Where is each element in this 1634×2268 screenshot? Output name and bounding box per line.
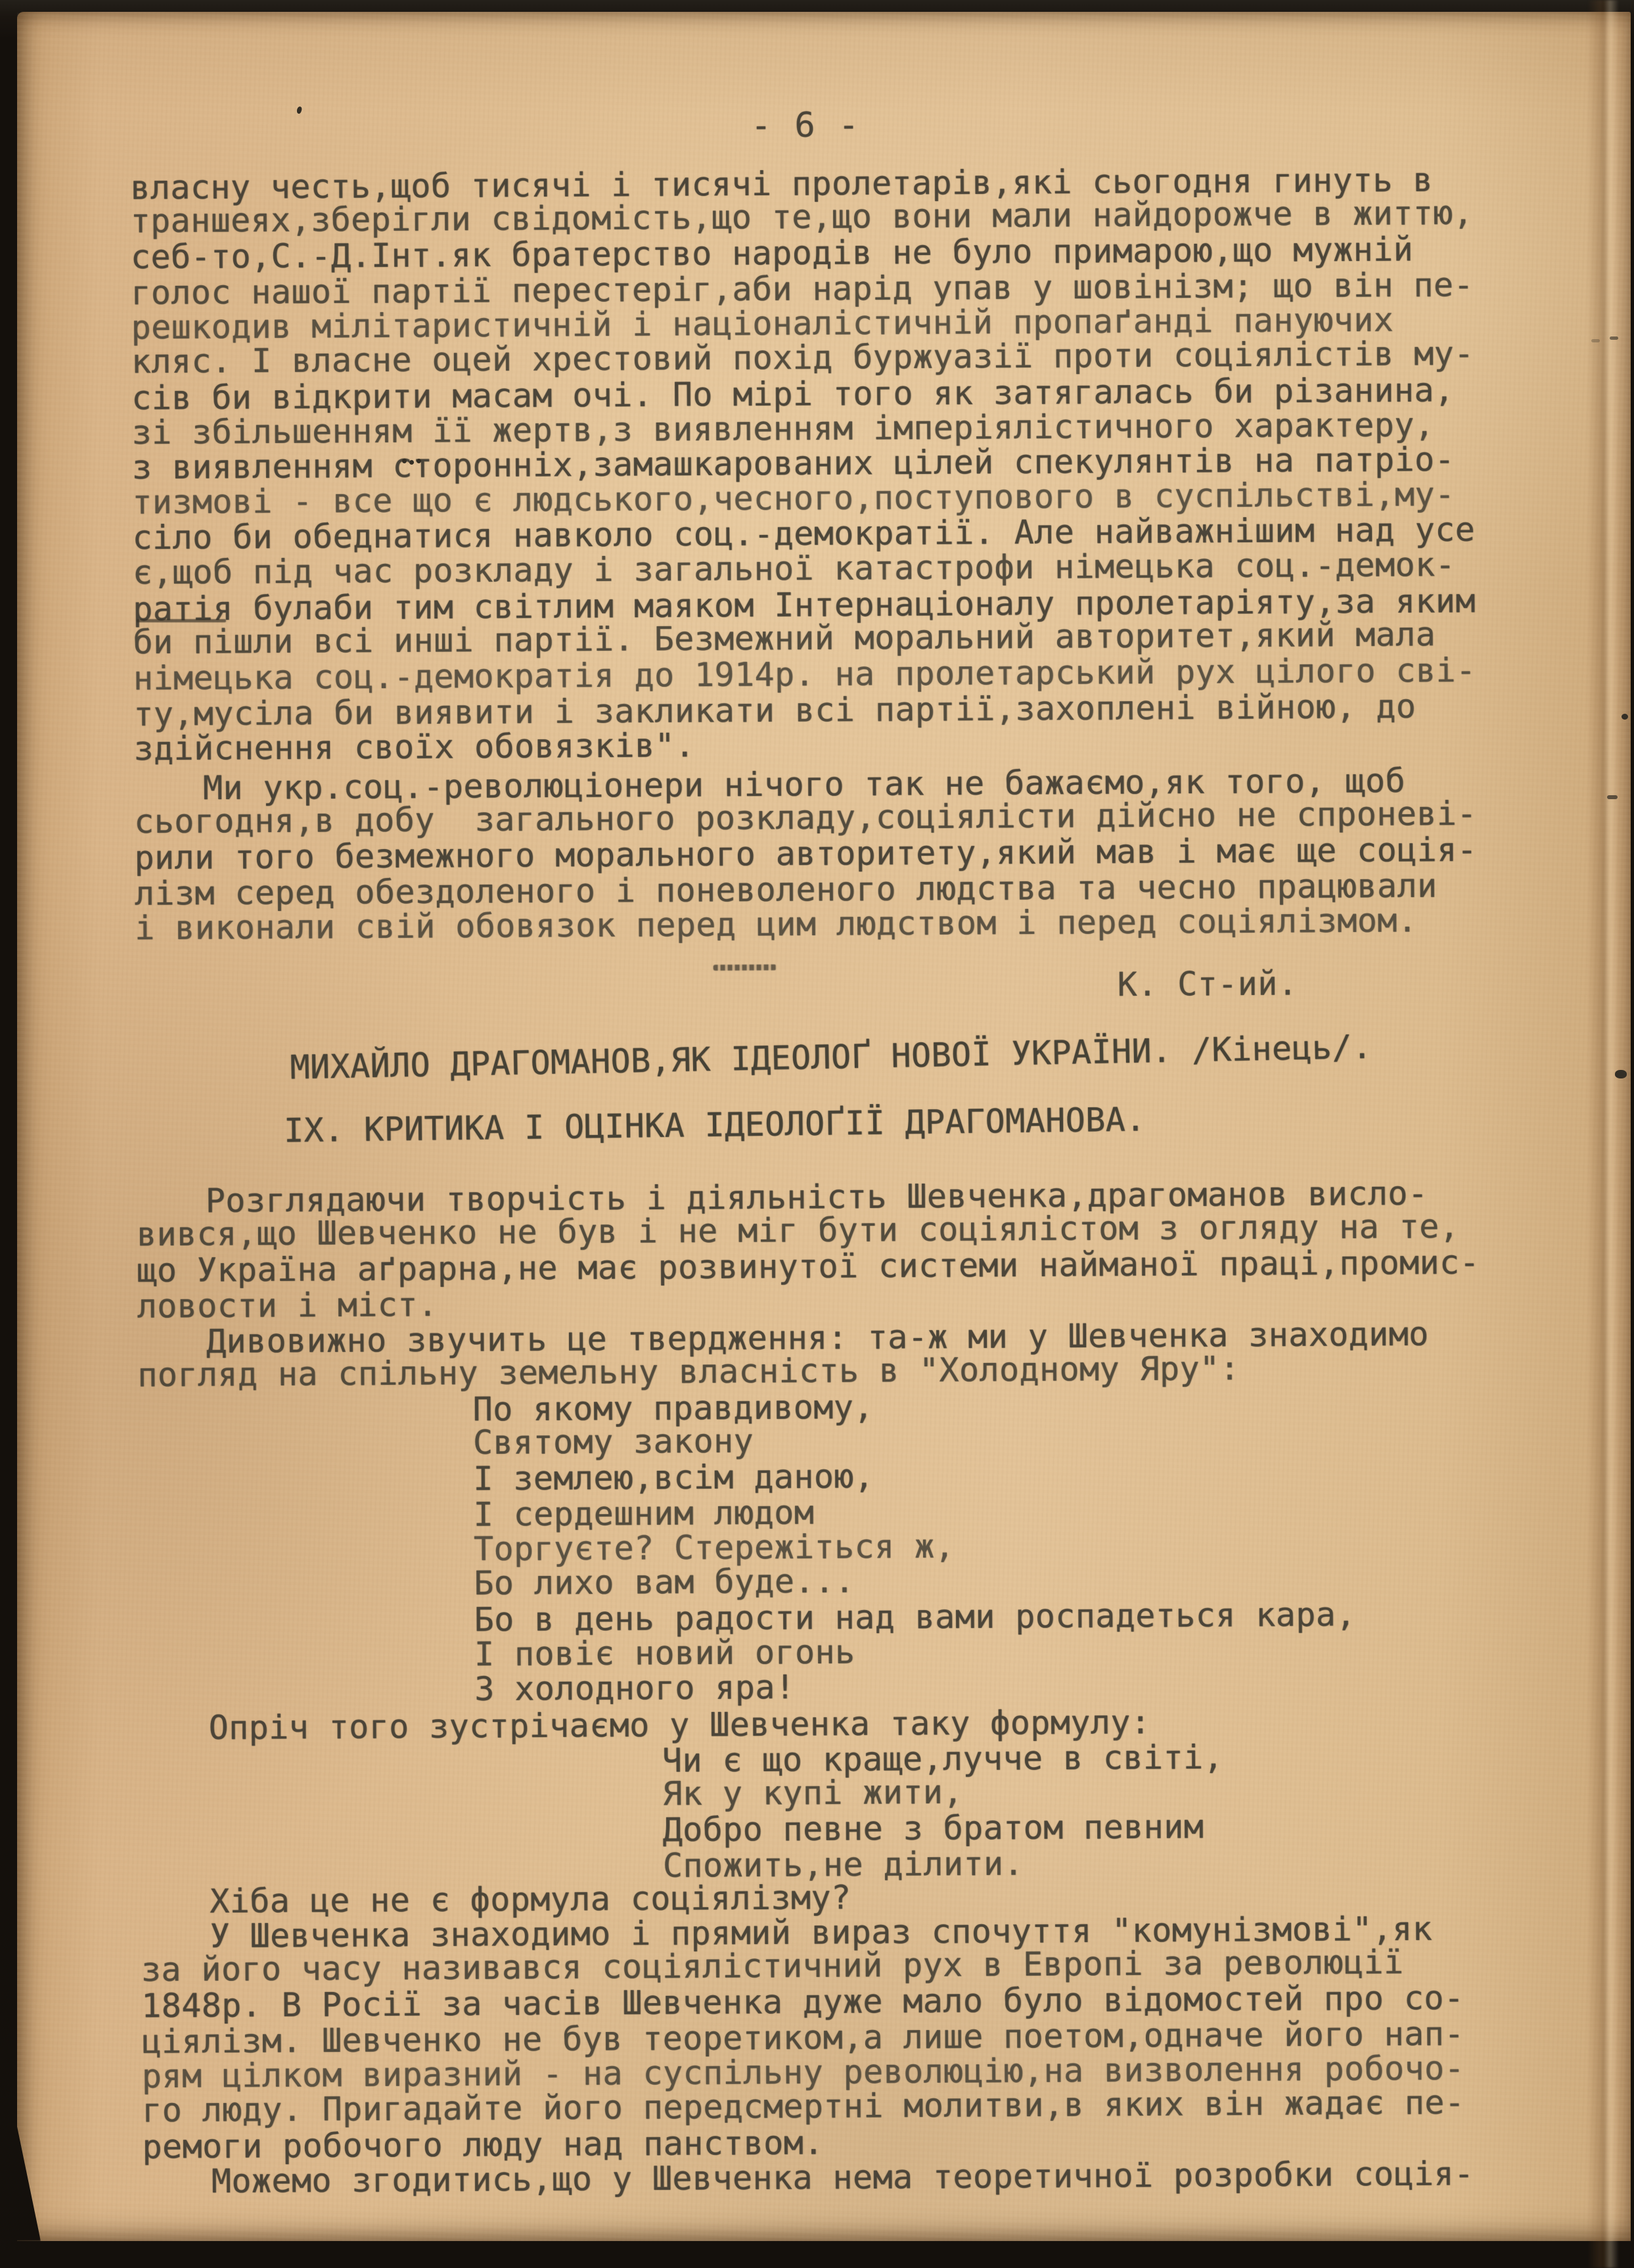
text-line: МИХАЙЛО ДРАГОМАНОВ,ЯК ІДЕОЛОҐ НОВОЇ УКРА…: [290, 1030, 1373, 1086]
text-line: ІХ. КРИТИКА І ОЦІНКА ІДЕОЛОҐІЇ ДРАГОМАНО…: [284, 1102, 1146, 1149]
text-line: З холодного яра!: [474, 1667, 1356, 1707]
paragraph-khiba: Хіба це не є формула соціялізму?: [141, 1880, 851, 1919]
section-heading: ІХ. КРИТИКА І ОЦІНКА ІДЕОЛОҐІЇ ДРАГОМАНО…: [284, 1101, 1146, 1148]
text-line: го люду. Пригадайте його передсмертні мо…: [142, 2085, 1464, 2129]
author-signature: К. Ст-ий.: [1118, 967, 1298, 1003]
paragraph-appeal: Ми укр.соц.-революціонери нічого так не …: [134, 762, 1478, 946]
document-body: власну честь,щоб тисячі і тисячі пролета…: [0, 0, 1629, 5]
text-line: І повіє новий огонь: [474, 1632, 1356, 1673]
paragraph-mozhemo: Можемо згодитись,що у Шевченка нема теор…: [143, 2156, 1474, 2199]
paragraph-shevchenko-view: Розглядаючи творчість і діяльність Шевче…: [137, 1175, 1480, 1324]
paragraph-strange-claim: Дивовижно звучить це твердження: та-ж ми…: [137, 1316, 1429, 1394]
text-line: Святому закону: [473, 1420, 1355, 1461]
text-line: Добро певне з братом певним: [662, 1809, 1223, 1848]
poem-formula: Чи є що краще,лучче в світі,Як у купі жи…: [662, 1739, 1224, 1883]
scanned-page: - 6 - власну честь,щоб тисячі і тисячі п…: [0, 0, 1634, 2268]
paragraph-continuation: власну честь,щоб тисячі і тисячі пролета…: [130, 162, 1476, 766]
text-line: і виконали свій обовязок перед цим людст…: [135, 902, 1478, 946]
text-line: Можемо згодитись,що у Шевченка нема теор…: [143, 2156, 1474, 2200]
text-line: Торгуєте? Стережіться ж,: [474, 1527, 1355, 1567]
text-line: Спожить,не ділити.: [663, 1845, 1224, 1884]
paragraph-communism: У Шевченка знаходимо і прямий вираз споч…: [141, 1910, 1464, 2164]
typed-divider: [714, 964, 777, 971]
article-title: МИХАЙЛО ДРАГОМАНОВ,ЯК ІДЕОЛОҐ НОВОЇ УКРА…: [290, 1029, 1373, 1084]
page-number: - 6 -: [751, 108, 861, 144]
text-line: здійснення своїх обовязків".: [133, 723, 1476, 766]
text-line: І землею,всім даною,: [473, 1456, 1355, 1497]
text-line: Як у купі жити,: [662, 1774, 1223, 1813]
text-line: Бо лихо вам буде...: [474, 1561, 1355, 1602]
poem-kholodny-yar: По якому правдивому,Святому законуІ земл…: [472, 1386, 1356, 1707]
typewritten-text-layer: - 6 - власну честь,щоб тисячі і тисячі п…: [0, 0, 1634, 2268]
